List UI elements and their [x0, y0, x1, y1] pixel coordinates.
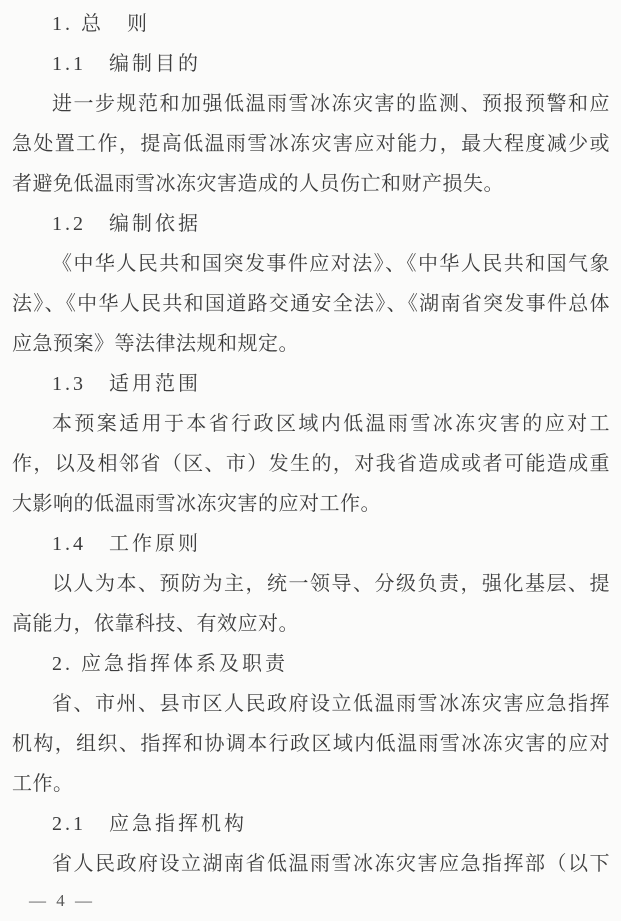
text-line: 急处置工作，提高低温雨雪冰冻灾害应对能力，最大程度减少或	[12, 124, 610, 164]
section-heading: 1.4 工作原则	[12, 524, 610, 564]
text-line: 以人为本、预防为主，统一领导、分级负责，强化基层、提	[12, 564, 610, 604]
text-line: 省人民政府设立湖南省低温雨雪冰冻灾害应急指挥部（以下	[12, 844, 610, 884]
section-heading: 2.1 应急指挥机构	[12, 804, 610, 844]
text-line: 本预案适用于本省行政区域内低温雨雪冰冻灾害的应对工	[12, 404, 610, 444]
text-line: 工作。	[12, 764, 610, 804]
section-heading: 1.3 适用范围	[12, 364, 610, 404]
text-line: 高能力，依靠科技、有效应对。	[12, 604, 610, 644]
text-line: 者避免低温雨雪冰冻灾害造成的人员伤亡和财产损失。	[12, 164, 610, 204]
text-line: 应急预案》等法律法规和规定。	[12, 324, 610, 364]
section-heading: 1. 总 则	[12, 4, 610, 44]
page-number: — 4 —	[12, 884, 610, 918]
section-heading: 1.1 编制目的	[12, 44, 610, 84]
document-page: 1. 总 则 1.1 编制目的 进一步规范和加强低温雨雪冰冻灾害的监测、预报预警…	[0, 0, 621, 921]
text-line: 《中华人民共和国突发事件应对法》、《中华人民共和国气象	[12, 244, 610, 284]
text-line: 进一步规范和加强低温雨雪冰冻灾害的监测、预报预警和应	[12, 84, 610, 124]
section-heading: 1.2 编制依据	[12, 204, 610, 244]
text-line: 大影响的低温雨雪冰冻灾害的应对工作。	[12, 484, 610, 524]
text-line: 机构，组织、指挥和协调本行政区域内低温雨雪冰冻灾害的应对	[12, 724, 610, 764]
text-line: 作，以及相邻省（区、市）发生的，对我省造成或者可能造成重	[12, 444, 610, 484]
text-line: 法》、《中华人民共和国道路交通安全法》、《湖南省突发事件总体	[12, 284, 610, 324]
text-line: 省、市州、县市区人民政府设立低温雨雪冰冻灾害应急指挥	[12, 684, 610, 724]
section-heading: 2. 应急指挥体系及职责	[12, 644, 610, 684]
